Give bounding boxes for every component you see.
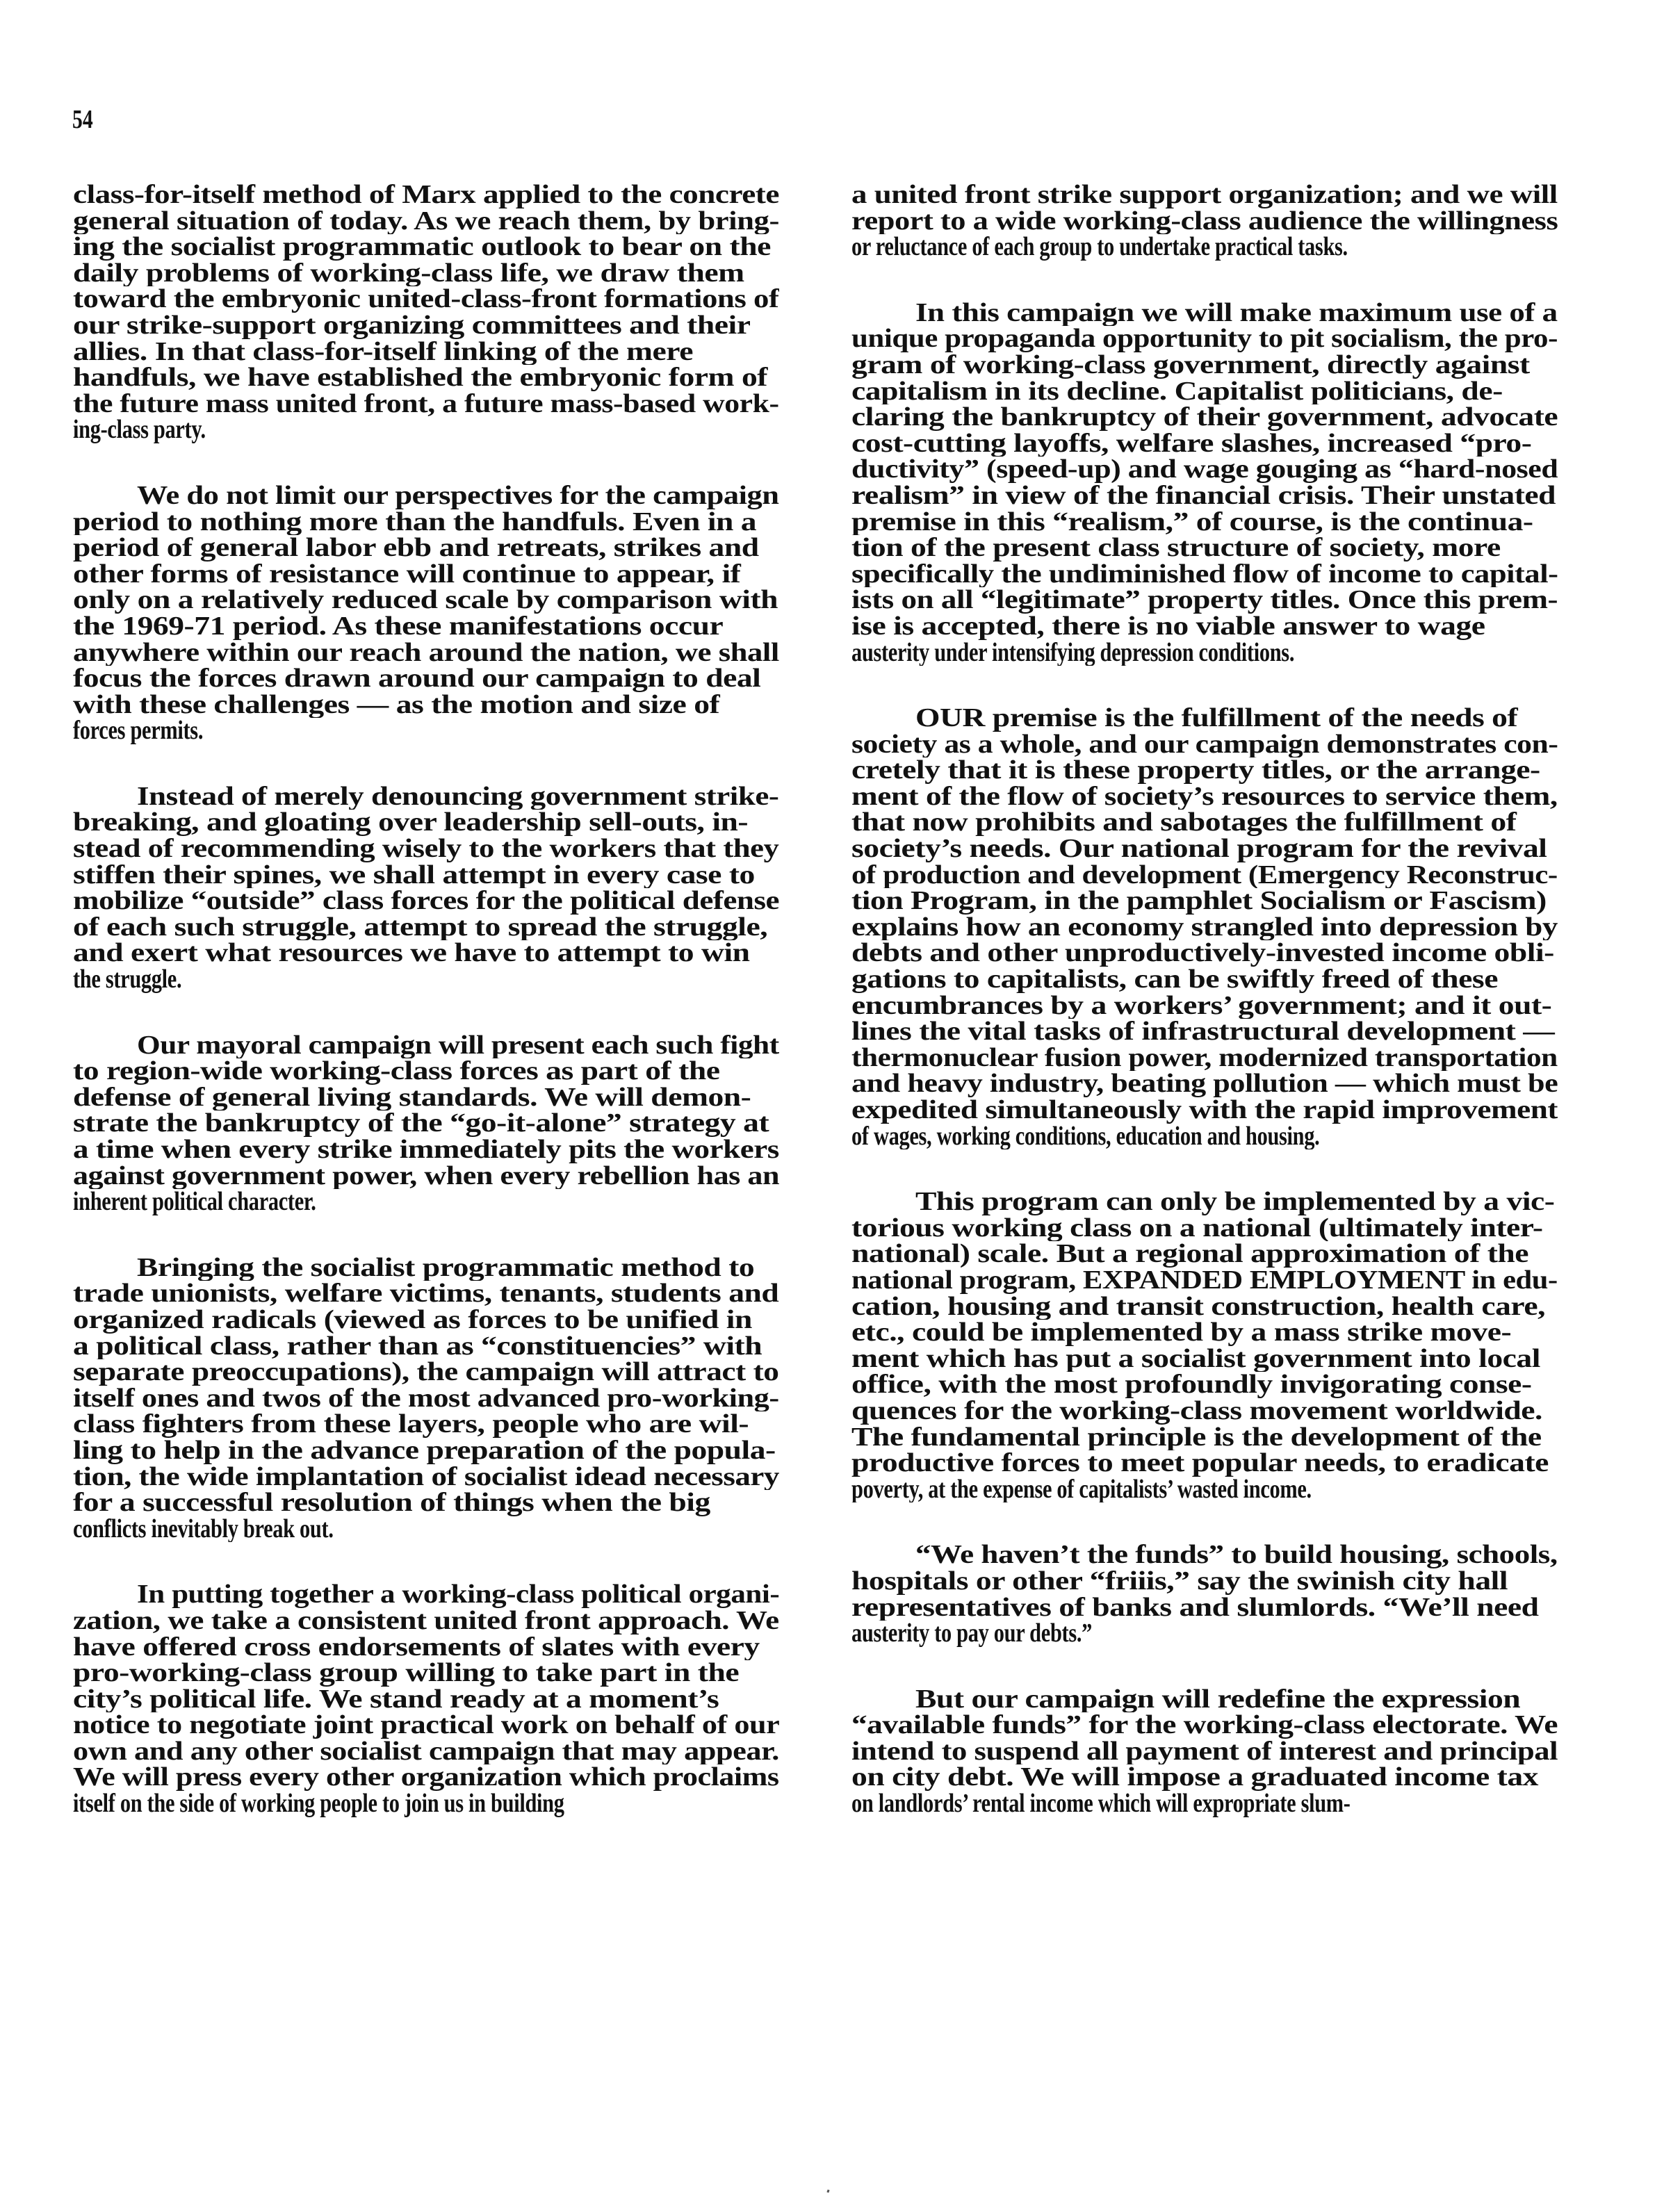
text-line: to region-wide working-class forces as p…: [73, 1058, 779, 1085]
text-line: ise is accepted, there is no viable answ…: [851, 614, 1558, 640]
text-line: other forms of resistance will continue …: [73, 562, 779, 588]
text-line: with these challenges — as the motion an…: [73, 692, 779, 719]
text-line: cost-cutting layoffs, welfare slashes, i…: [851, 431, 1558, 457]
text-line: premise in this “realism,” of course, is…: [851, 509, 1558, 536]
left-column: class-for-itself method of Marx applied …: [73, 182, 779, 1857]
text-line: a united front strike support organizati…: [851, 182, 1558, 208]
text-line: The fundamental principle is the develop…: [851, 1425, 1558, 1451]
right-column: a united front strike support organizati…: [851, 182, 1558, 1857]
text-line: own and any other socialist campaign tha…: [73, 1739, 779, 1765]
text-line: torious working class on a national (ult…: [851, 1215, 1558, 1242]
text-line: itself ones and twos of the most advance…: [73, 1386, 779, 1412]
text-line: separate preoccupations), the campaign w…: [73, 1359, 779, 1386]
text-line: quences for the working-class movement w…: [851, 1398, 1558, 1425]
text-line: the struggle.: [73, 967, 779, 993]
paragraph: a united front strike support organizati…: [851, 182, 1558, 261]
paragraph: “We haven’t the funds” to build housing,…: [851, 1542, 1558, 1646]
text-line: report to a wide working-class audience …: [851, 208, 1558, 235]
text-line: hospitals or other “friiis,” say the swi…: [851, 1568, 1558, 1595]
text-line: of wages, working conditions, education …: [851, 1124, 1558, 1150]
text-line: ists on all “legitimate” property titles…: [851, 587, 1558, 614]
text-line: stead of recommending wisely to the work…: [73, 836, 779, 862]
text-line: poverty, at the expense of capitalists’ …: [851, 1477, 1558, 1503]
text-line: lines the vital tasks of infrastructural…: [851, 1019, 1558, 1045]
text-line: cretely that it is these property titles…: [851, 757, 1558, 784]
paragraph: Bringing the socialist programmatic meth…: [73, 1255, 779, 1543]
text-line: explains how an economy strangled into d…: [851, 915, 1558, 941]
text-line: austerity under intensifying depression …: [851, 640, 1558, 666]
text-line: that now prohibits and sabotages the ful…: [851, 810, 1558, 836]
text-line: the 1969-71 period. As these manifestati…: [73, 614, 779, 640]
text-line: class fighters from these layers, people…: [73, 1411, 779, 1438]
paragraph: Our mayoral campaign will present each s…: [73, 1033, 779, 1215]
text-line: focus the forces drawn around our campai…: [73, 666, 779, 692]
text-line: handfuls, we have established the embryo…: [73, 365, 779, 391]
text-line: ment which has put a socialist governmen…: [851, 1346, 1558, 1373]
text-line: etc., could be implemented by a mass str…: [851, 1320, 1558, 1346]
text-line: capitalism in its decline. Capitalist po…: [851, 379, 1558, 405]
text-line: anywhere within our reach around the nat…: [73, 640, 779, 666]
paragraph: But our campaign will redefine the expre…: [851, 1687, 1558, 1817]
text-line: national program, EXPANDED EMPLOYMENT in…: [851, 1268, 1558, 1294]
text-line: defense of general living standards. We …: [73, 1085, 779, 1111]
text-line: “We haven’t the funds” to build housing,…: [851, 1542, 1558, 1568]
text-line: general situation of today. As we reach …: [73, 208, 779, 235]
text-line: OUR premise is the fulfillment of the ne…: [851, 705, 1558, 732]
text-line: specifically the undiminished flow of in…: [851, 562, 1558, 588]
text-line: But our campaign will redefine the expre…: [851, 1687, 1558, 1713]
text-line: notice to negotiate joint practical work…: [73, 1712, 779, 1739]
text-line: tion, the wide implantation of socialist…: [73, 1464, 779, 1491]
paragraph: Instead of merely denouncing government …: [73, 784, 779, 993]
text-line: against government power, when every reb…: [73, 1163, 779, 1190]
text-line: a political class, rather than as “const…: [73, 1334, 779, 1360]
text-line: a time when every strike immediately pit…: [73, 1137, 779, 1163]
text-line: the future mass united front, a future m…: [73, 391, 779, 418]
text-line: have offered cross endorsements of slate…: [73, 1635, 779, 1661]
text-line: debts and other unproductively-invested …: [851, 940, 1558, 967]
text-line: zation, we take a consistent united fron…: [73, 1608, 779, 1635]
text-line: ing the socialist programmatic outlook t…: [73, 234, 779, 261]
text-line: for a successful resolution of things wh…: [73, 1490, 779, 1516]
text-line: productive forces to meet popular needs,…: [851, 1450, 1558, 1477]
text-line: representatives of banks and slumlords. …: [851, 1595, 1558, 1621]
paragraph: class-for-itself method of Marx applied …: [73, 182, 779, 443]
paragraph: OUR premise is the fulfillment of the ne…: [851, 705, 1558, 1149]
text-line: This program can only be implemented by …: [851, 1189, 1558, 1215]
text-line: toward the embryonic united-class-front …: [73, 286, 779, 313]
text-line: national) scale. But a regional approxim…: [851, 1241, 1558, 1268]
paragraph: In this campaign we will make maximum us…: [851, 300, 1558, 666]
scan-speck: [826, 2190, 829, 2193]
text-line: In putting together a working-class poli…: [73, 1582, 779, 1608]
text-line: on landlords’ rental income which will e…: [851, 1791, 1558, 1817]
text-line: only on a relatively reduced scale by co…: [73, 587, 779, 614]
text-line: society as a whole, and our campaign dem…: [851, 732, 1558, 758]
text-line: In this campaign we will make maximum us…: [851, 300, 1558, 327]
text-line: organized radicals (viewed as forces to …: [73, 1307, 779, 1334]
text-line: ing-class party.: [73, 417, 779, 443]
text-line: of each such struggle, attempt to spread…: [73, 915, 779, 941]
text-line: ling to help in the advance preparation …: [73, 1438, 779, 1464]
text-line: austerity to pay our debts.”: [851, 1621, 1558, 1647]
text-line: cation, housing and transit construction…: [851, 1294, 1558, 1320]
text-line: We do not limit our perspectives for the…: [73, 483, 779, 509]
text-line: period to nothing more than the handfuls…: [73, 509, 779, 536]
text-line: tion of the present class structure of s…: [851, 535, 1558, 562]
paragraph: This program can only be implemented by …: [851, 1189, 1558, 1502]
text-line: tion Program, in the pamphlet Socialism …: [851, 888, 1558, 915]
text-line: pro-working-class group willing to take …: [73, 1660, 779, 1687]
text-line: gram of working-class government, direct…: [851, 352, 1558, 379]
text-line: period of general labor ebb and retreats…: [73, 535, 779, 562]
document-page: 54 class-for-itself method of Marx appli…: [0, 0, 1664, 2212]
text-line: ment of the flow of society’s resources …: [851, 784, 1558, 810]
text-line: “available funds” for the working-class …: [851, 1712, 1558, 1739]
text-line: society’s needs. Our national program fo…: [851, 836, 1558, 862]
text-line: allies. In that class-for-itself linking…: [73, 339, 779, 366]
text-line: stiffen their spines, we shall attempt i…: [73, 862, 779, 889]
text-line: claring the bankruptcy of their governme…: [851, 404, 1558, 431]
text-line: trade unionists, welfare victims, tenant…: [73, 1281, 779, 1307]
text-line: office, with the most profoundly invigor…: [851, 1372, 1558, 1398]
text-line: of production and development (Emergency…: [851, 862, 1558, 889]
text-line: on city debt. We will impose a graduated…: [851, 1764, 1558, 1791]
paragraph: We do not limit our perspectives for the…: [73, 483, 779, 744]
text-line: city’s political life. We stand ready at…: [73, 1687, 779, 1713]
text-line: unique propaganda opportunity to pit soc…: [851, 326, 1558, 352]
text-line: Our mayoral campaign will present each s…: [73, 1033, 779, 1059]
text-line: expedited simultaneously with the rapid …: [851, 1097, 1558, 1124]
text-line: and heavy industry, beating pollution — …: [851, 1071, 1558, 1097]
text-line: conflicts inevitably break out.: [73, 1516, 779, 1543]
text-line: daily problems of working-class life, we…: [73, 261, 779, 287]
text-line: inherent political character.: [73, 1189, 779, 1215]
text-line: realism” in view of the financial crisis…: [851, 483, 1558, 509]
text-line: intend to suspend all payment of interes…: [851, 1739, 1558, 1765]
text-line: ductivity” (speed-up) and wage gouging a…: [851, 457, 1558, 483]
text-line: Instead of merely denouncing government …: [73, 784, 779, 810]
text-line: thermonuclear fusion power, modernized t…: [851, 1045, 1558, 1072]
text-line: strate the bankruptcy of the “go-it-alon…: [73, 1111, 779, 1137]
paragraph: In putting together a working-class poli…: [73, 1582, 779, 1817]
text-line: our strike-support organizing committees…: [73, 313, 779, 339]
text-line: or reluctance of each group to undertake…: [851, 234, 1558, 261]
text-line: We will press every other organization w…: [73, 1764, 779, 1791]
text-line: encumbrances by a workers’ government; a…: [851, 993, 1558, 1019]
text-line: and exert what resources we have to atte…: [73, 940, 779, 967]
text-line: itself on the side of working people to …: [73, 1791, 779, 1817]
page-number: 54: [72, 104, 93, 135]
text-line: breaking, and gloating over leadership s…: [73, 810, 779, 836]
text-line: gations to capitalists, can be swiftly f…: [851, 967, 1558, 993]
text-line: class-for-itself method of Marx applied …: [73, 182, 779, 208]
text-line: mobilize “outside” class forces for the …: [73, 888, 779, 915]
text-line: Bringing the socialist programmatic meth…: [73, 1255, 779, 1281]
text-line: forces permits.: [73, 718, 779, 744]
